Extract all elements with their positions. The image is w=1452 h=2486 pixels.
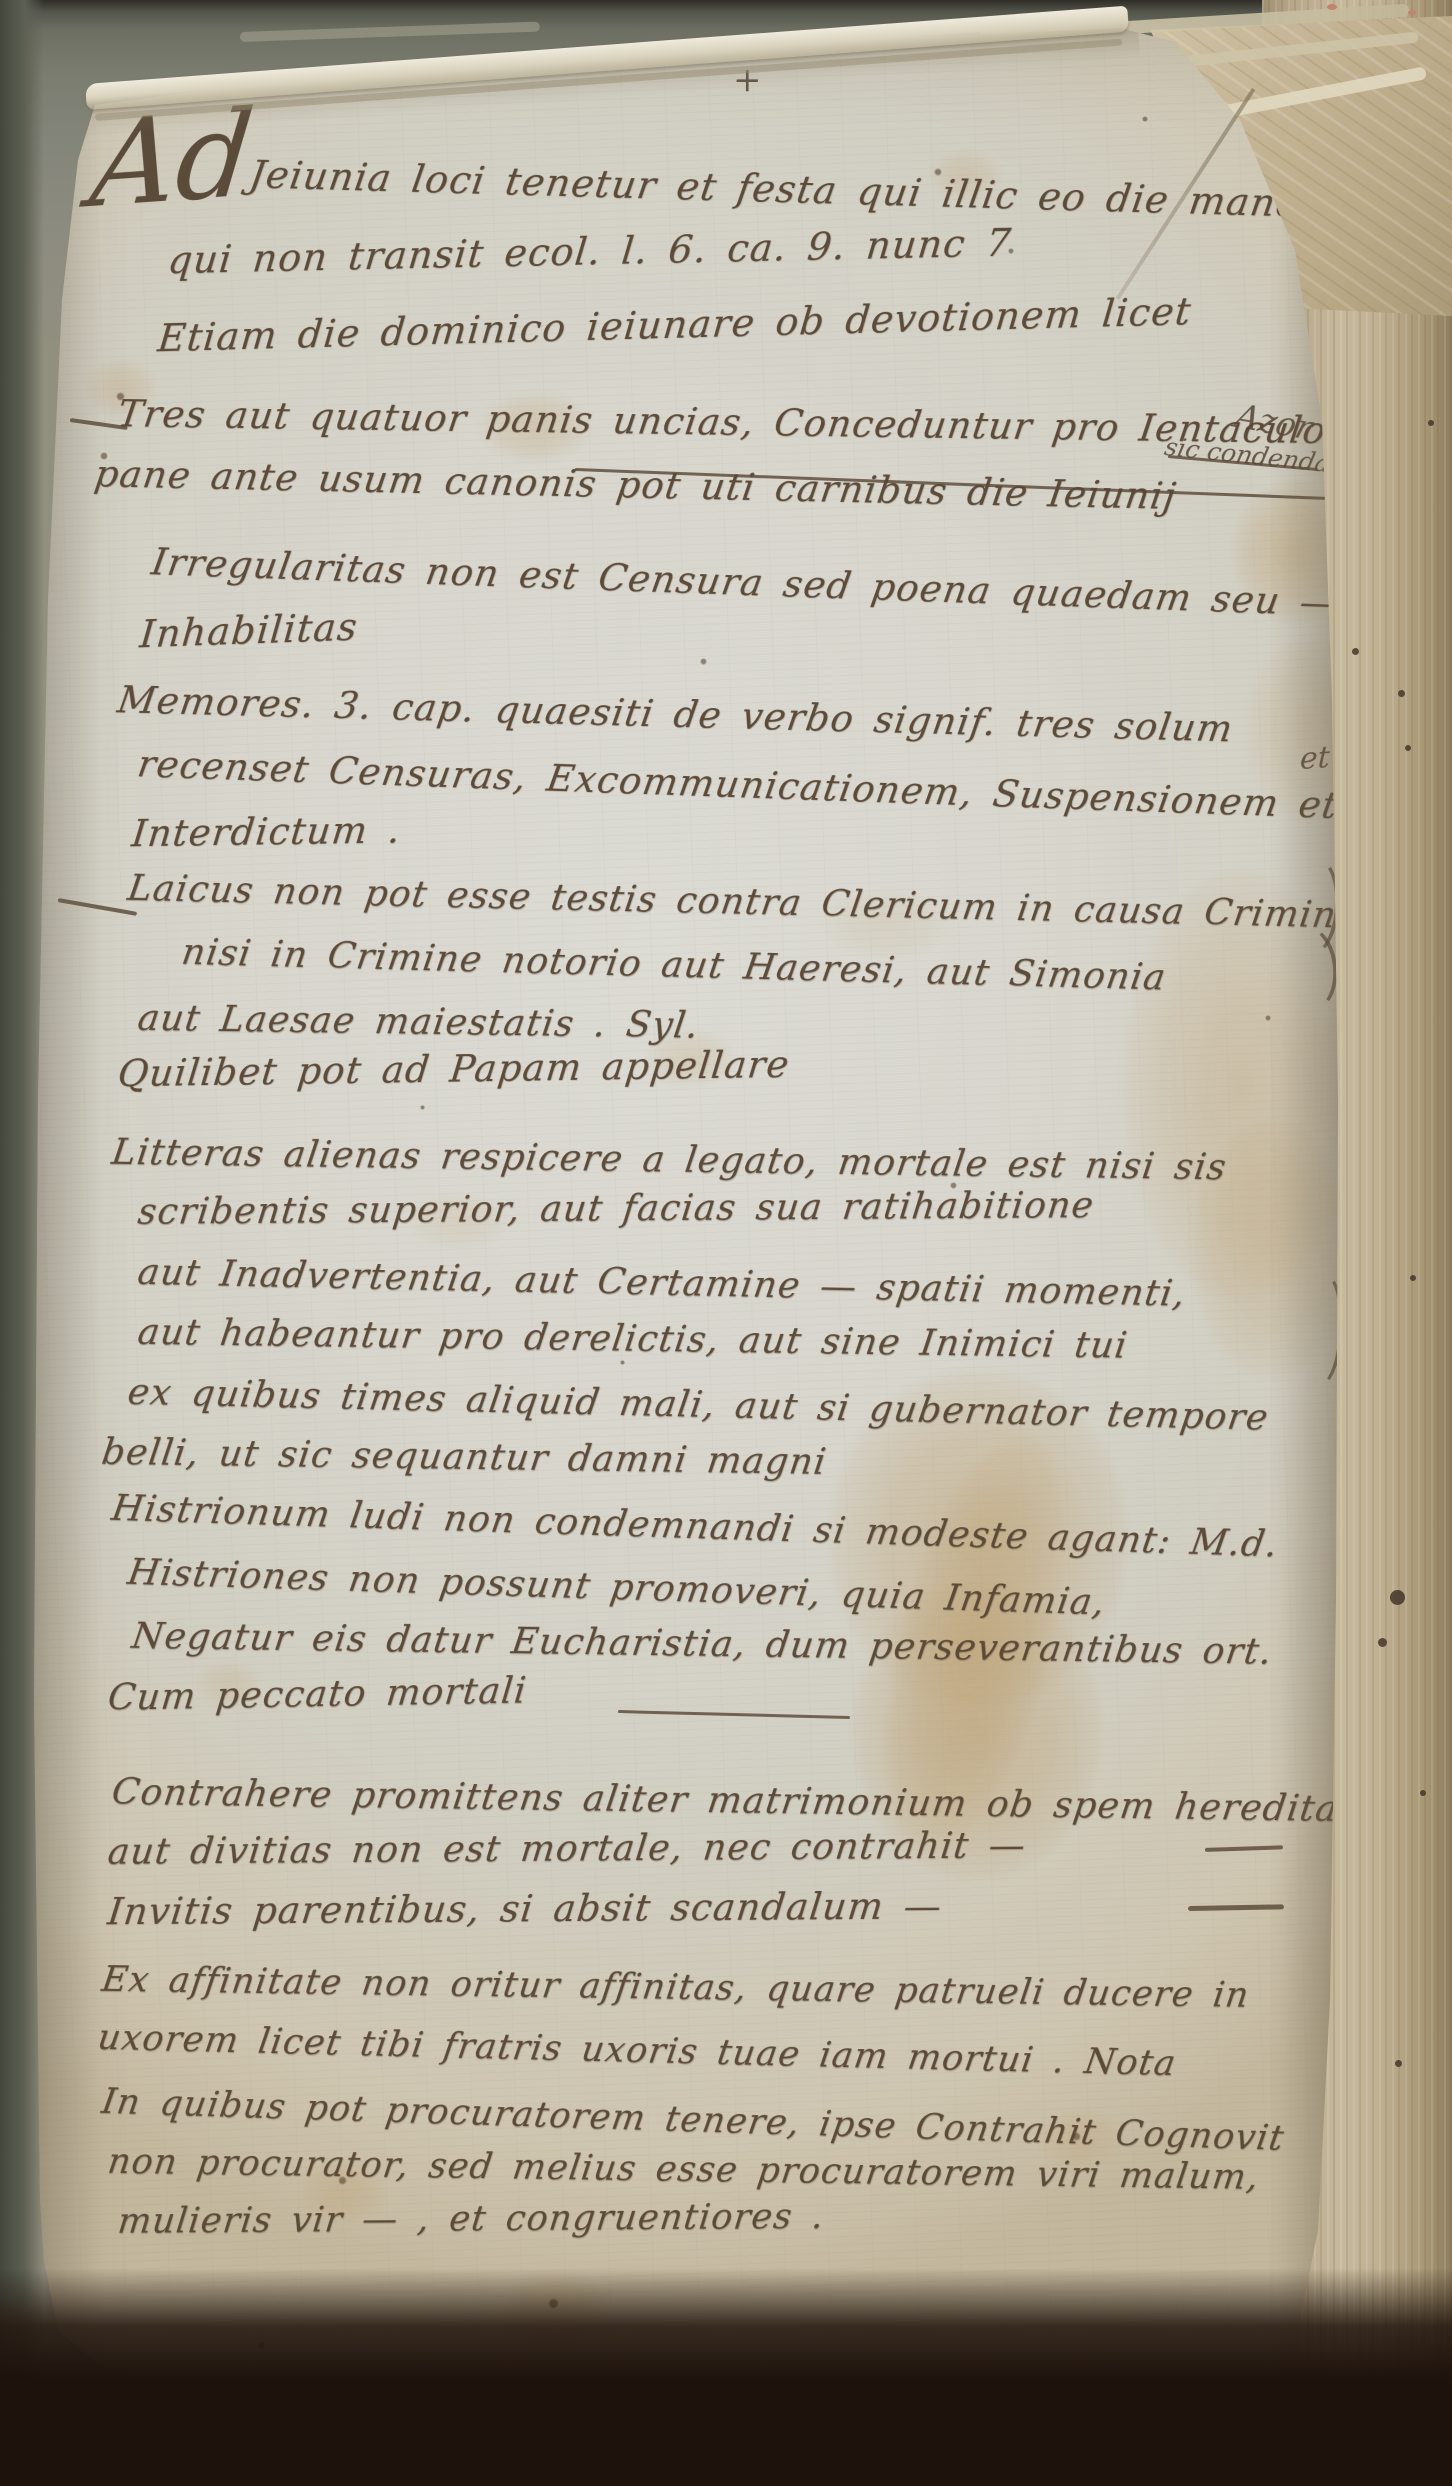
photo-bottom-shadow: [0, 2268, 1452, 2486]
photograph: Ad + Jeiunia loci tenetur et festa qui i…: [0, 0, 1452, 2486]
wormhole-speck: [1378, 1638, 1387, 1647]
wormhole-speck: [1405, 745, 1411, 751]
page-vignette: [30, 18, 1344, 2482]
binding-speck: [1408, 10, 1416, 15]
binding-speck: [1327, 4, 1337, 10]
wormhole-speck: [1410, 1275, 1416, 1281]
wormhole-speck: [1420, 1790, 1426, 1796]
manuscript-page: Ad + Jeiunia loci tenetur et festa qui i…: [0, 0, 1452, 2486]
wormhole-speck: [1428, 420, 1434, 426]
wormhole-speck: [1395, 2060, 1402, 2067]
wormhole-speck: [1390, 1590, 1405, 1605]
wormhole-speck: [1352, 648, 1359, 655]
wormhole-speck: [1398, 690, 1405, 697]
